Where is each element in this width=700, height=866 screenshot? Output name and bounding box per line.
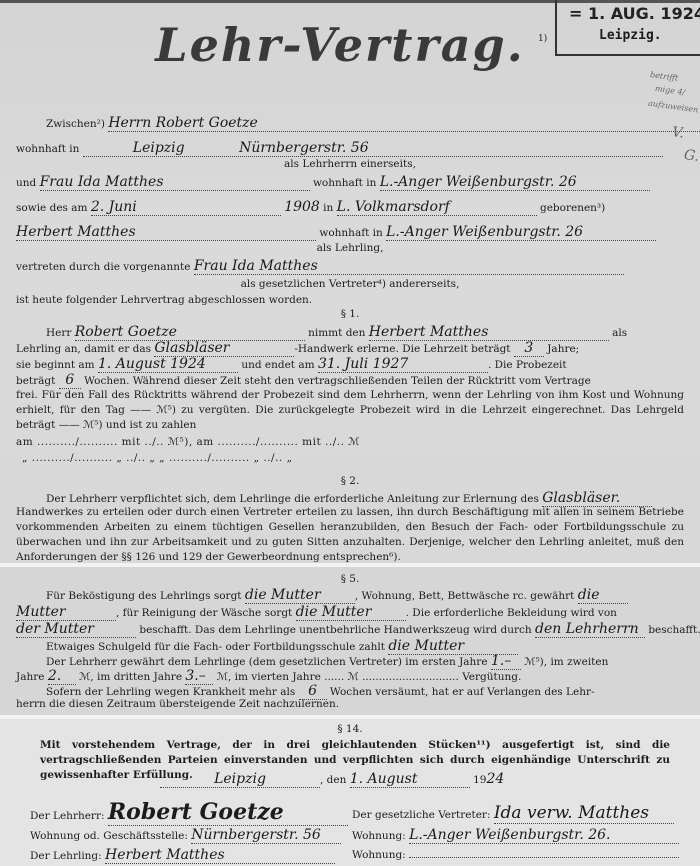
apprentice-signature-row: Der Lehrling: Herbert Matthes xyxy=(30,847,335,864)
master-name-field: Herrn Robert Goetze xyxy=(108,115,700,132)
birth-year: 1908 xyxy=(284,199,320,215)
lodging-field-1: die xyxy=(578,587,628,604)
s1-apprentice-field: Herbert Matthes xyxy=(369,324,609,341)
clothing-field: der Mutter xyxy=(16,621,136,638)
guardian-row: und Frau Ida Matthes wohnhaft in L.-Ange… xyxy=(16,174,650,191)
s5-row3: der Mutter beschafft. Das dem Lehrlinge … xyxy=(16,621,700,638)
lodging-field-2: Mutter xyxy=(16,604,116,621)
document-top-strip: Lehr-Vertrag. 1) = 1. AUG. 1924 Leipzig.… xyxy=(0,0,700,563)
apprentice-address-sig-row: Wohnung: xyxy=(352,849,679,861)
apprentice-address-field: L.-Anger Weißenburgstr. 26 xyxy=(386,224,656,241)
representative-row: vertreten durch die vorgenannte Frau Ida… xyxy=(16,258,624,275)
years-field: 3 xyxy=(514,340,544,357)
representative-role: als gesetzlichen Vertreter⁴) andererseit… xyxy=(0,278,700,290)
s2-body: Handwerkes zu erteilen oder durch einen … xyxy=(16,505,684,563)
food-field: die Mutter xyxy=(245,587,355,604)
margin-note: mige 4/ xyxy=(655,84,686,97)
representative-name-field: Frau Ida Matthes xyxy=(194,258,624,275)
birth-place-field: L. Volkmarsdorf xyxy=(337,199,537,216)
tools-field: den Lehrherrn xyxy=(535,621,645,638)
trade-field: Glasbläser xyxy=(154,340,294,357)
master-address-row: wohnhaft in Leipzig Nürnbergerstr. 56 xyxy=(16,140,663,157)
laundry-field: die Mutter xyxy=(296,604,406,621)
guardian-signature-row: Der gesetzliche Vertreter: Ida verw. Mat… xyxy=(352,803,674,824)
contract-concluded: ist heute folgender Lehrvertrag abgeschl… xyxy=(16,294,312,306)
section-5-heading: § 5. xyxy=(0,573,700,585)
start-date-field: 1. August 1924 xyxy=(98,356,238,373)
apprentice-signature: Herbert Matthes xyxy=(105,847,335,864)
guardian-address-field: L.-Anger Weißenburgstr. 26 xyxy=(380,174,650,191)
guardian-name-field: Frau Ida Matthes xyxy=(40,174,310,191)
sign-place-field: Leipzig xyxy=(160,771,320,788)
document-bottom-strip: § 14. Mit vorstehendem Vertrage, der in … xyxy=(0,719,700,866)
s1-body: frei. Für den Fall des Rücktritts währen… xyxy=(16,388,684,433)
payment-row-2: „ ........../.......... „ ../.. „ „ ....… xyxy=(22,452,293,464)
document-middle-strip: § 5. Für Beköstigung des Lehrlings sorgt… xyxy=(0,567,700,715)
margin-note: betrifft xyxy=(650,70,679,83)
sign-date-field: 1. August xyxy=(350,771,470,788)
stamp-date: = 1. AUG. 1924 xyxy=(569,4,700,23)
title-footnote: 1) xyxy=(538,34,547,44)
master-signature: Robert Goetze xyxy=(108,799,348,826)
s1-row4: beträgt 6 Wochen. Während dieser Zeit st… xyxy=(16,372,591,389)
master-sig-address: Nürnbergerstr. 56 xyxy=(191,827,341,844)
document-title: Lehr-Vertrag. xyxy=(140,18,540,72)
guardian-address-sig-row: Wohnung: L.-Anger Weißenburgstr. 26. xyxy=(352,827,679,844)
apprentice-name-field: Herbert Matthes xyxy=(16,224,316,241)
birth-day-field: 2. Juni xyxy=(91,199,281,216)
section-2-heading: § 2. xyxy=(0,475,700,487)
master-signature-row: Der Lehrherr: Robert Goetze xyxy=(30,799,348,826)
section-1-heading: § 1. xyxy=(0,308,700,320)
section-14-heading: § 14. xyxy=(0,723,700,735)
end-date-field: 31. Juli 1927 xyxy=(318,356,488,373)
stamp-place: Leipzig. xyxy=(599,28,662,43)
place-date-row: Leipzig, den 1. August 1924 xyxy=(160,771,504,788)
guardian-sig-address: L.-Anger Weißenburgstr. 26. xyxy=(409,827,679,844)
apprentice-role: als Lehrling, xyxy=(0,242,700,254)
s1-row2: Lehrling an, damit er das Glasbläser-Han… xyxy=(16,340,579,357)
master-role: als Lehrherrn einerseits, xyxy=(0,158,700,170)
s1-row1: Herr Robert Goetze nimmt den Herbert Mat… xyxy=(46,324,627,341)
s1-master-field: Robert Goetze xyxy=(75,324,305,341)
s5-row2: Mutter, für Reinigung der Wäsche sorgt d… xyxy=(16,604,617,621)
apprentice-sig-address xyxy=(409,857,679,858)
s5-row8: herrn die diesen Zeitraum übersteigende … xyxy=(16,698,339,710)
s1-row3: sie beginnt am 1. August 1924 und endet … xyxy=(16,356,567,373)
payment-row-1: am ........../.......... mit ../.. ℳ⁵), … xyxy=(16,436,360,448)
margin-note: aufzuweisen xyxy=(648,99,699,115)
zwischen-row: Zwischen²) Herrn Robert Goetze xyxy=(46,115,700,132)
birth-row: sowie des am 2. Juni 1908 in L. Volkmars… xyxy=(16,199,605,216)
apprentice-row: Herbert Matthes wohnhaft in L.-Anger Wei… xyxy=(16,224,656,241)
s5-row1: Für Beköstigung des Lehrlings sorgt die … xyxy=(46,587,628,604)
probation-weeks-field: 6 xyxy=(59,372,81,389)
guardian-signature: Ida verw. Matthes xyxy=(494,803,674,824)
master-address-sig-row: Wohnung od. Geschäftsstelle: Nürnbergers… xyxy=(30,827,341,844)
date-stamp: = 1. AUG. 1924 Leipzig. xyxy=(555,0,700,56)
master-address-field: Leipzig Nürnbergerstr. 56 xyxy=(83,140,663,157)
